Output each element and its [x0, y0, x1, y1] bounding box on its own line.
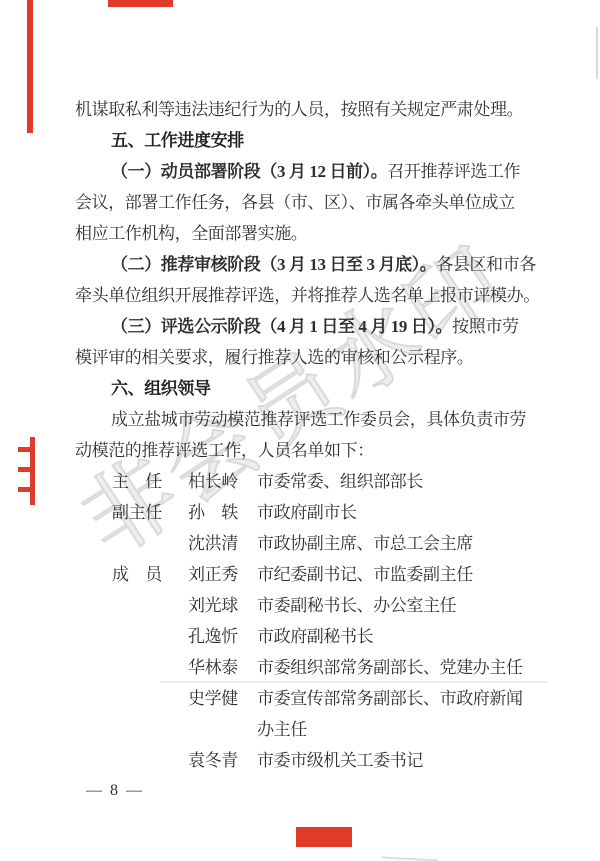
stage-1-line-1: （一）动员部署阶段（3 月 12 日前）。召开推荐评选工作: [75, 156, 535, 187]
red-watermark-fragment-bottom-bar: [296, 827, 352, 847]
red-watermark-fragment-left-vertical: [30, 437, 35, 505]
roster-title: 市委组织部常务副部长、党建办主任: [257, 652, 539, 683]
stage-1-line-2: 会议，部署工作任务，各县（市、区）、市属各牵头单位成立: [75, 187, 535, 218]
roster-row: 史学健 市委宣传部常务副部长、市政府新闻办主任: [75, 683, 535, 745]
roster-name: 史学健: [188, 683, 257, 714]
red-watermark-fragment-left-tick: [18, 467, 30, 472]
stage-3-line-1: （三）评选公示阶段（4 月 1 日至 4 月 19 日）。按照市劳: [75, 311, 535, 342]
roster-title: 市委宣传部常务副部长、市政府新闻办主任: [257, 683, 539, 745]
red-watermark-fragment-left-tick: [18, 487, 30, 492]
stage-2-line-1: （二）推荐审核阶段（3 月 13 日至 3 月底）。各县区和市各: [75, 249, 535, 280]
section-heading-6: 六、组织领导: [75, 373, 535, 404]
roster-row: 副主任 孙 轶 市政府副市长: [75, 497, 535, 528]
red-watermark-fragment-top-horizontal: [108, 0, 173, 7]
roster-role: 主 任: [112, 466, 188, 497]
roster-title: 市委市级机关工委书记: [257, 745, 539, 776]
paragraph-6-line-2: 动模范的推荐评选工作，人员名单如下：: [75, 435, 535, 466]
committee-roster: 主 任 柏长岭 市委常委、组织部部长 副主任 孙 轶 市政府副市长 沈洪清 市政…: [75, 466, 535, 776]
roster-name: 柏长岭: [188, 466, 257, 497]
scan-artifact-bottom-line: [382, 857, 438, 861]
stage-1-line-3: 相应工作机构，全面部署实施。: [75, 218, 535, 249]
stage-2-text: 各县区和市各: [436, 255, 536, 274]
roster-name: 袁冬青: [188, 745, 257, 776]
stage-2-title: （二）推荐审核阶段（3 月 13 日至 3 月底）。: [111, 255, 436, 274]
roster-role: 成 员: [112, 559, 188, 590]
roster-name: 华林泰: [188, 652, 257, 683]
roster-name: 刘正秀: [188, 559, 257, 590]
roster-row: 主 任 柏长岭 市委常委、组织部部长: [75, 466, 535, 497]
roster-row: 华林泰 市委组织部常务副部长、党建办主任: [75, 652, 535, 683]
stage-3-text: 按照市劳: [452, 317, 518, 336]
roster-title: 市政府副市长: [257, 497, 539, 528]
roster-row: 刘光球 市委副秘书长、办公室主任: [75, 590, 535, 621]
section-heading-5: 五、工作进度安排: [75, 125, 535, 156]
paragraph-6-line-1: 成立盐城市劳动模范推荐评选工作委员会，具体负责市劳: [75, 404, 535, 435]
roster-title: 市委副秘书长、办公室主任: [257, 590, 539, 621]
red-watermark-fragment-left-tick: [18, 447, 30, 452]
roster-row: 成 员 刘正秀 市纪委副书记、市监委副主任: [75, 559, 535, 590]
stage-1-text: 召开推荐评选工作: [387, 162, 520, 181]
document-body: 机谋取私利等违法违纪行为的人员，按照有关规定严肃处理。 五、工作进度安排 （一）…: [75, 94, 535, 776]
roster-row: 袁冬青 市委市级机关工委书记: [75, 745, 535, 776]
roster-role: 副主任: [112, 497, 188, 528]
document-page: 非会员水印 机谋取私利等违法违纪行为的人员，按照有关规定严肃处理。 五、工作进度…: [0, 0, 600, 861]
stage-3-line-2: 模评审的相关要求，履行推荐人选的审核和公示程序。: [75, 342, 535, 373]
roster-name: 刘光球: [188, 590, 257, 621]
roster-name: 沈洪清: [188, 528, 257, 559]
stage-1-title: （一）动员部署阶段（3 月 12 日前）。: [111, 162, 387, 181]
roster-row: 孔逸忻 市政府副秘书长: [75, 621, 535, 652]
roster-title: 市委常委、组织部部长: [257, 466, 539, 497]
stage-3-title: （三）评选公示阶段（4 月 1 日至 4 月 19 日）。: [111, 317, 452, 336]
page-number: — 8 —: [86, 782, 144, 800]
roster-title: 市政府副秘书长: [257, 621, 539, 652]
roster-name: 孙 轶: [188, 497, 257, 528]
roster-row: 沈洪清 市政协副主席、市总工会主席: [75, 528, 535, 559]
scan-artifact-right-edge: [596, 27, 598, 79]
red-watermark-fragment-top-vertical: [27, 0, 33, 133]
roster-title: 市政协副主席、市总工会主席: [257, 528, 539, 559]
paragraph-continuation-line: 机谋取私利等违法违纪行为的人员，按照有关规定严肃处理。: [75, 94, 535, 125]
roster-title: 市纪委副书记、市监委副主任: [257, 559, 539, 590]
stage-2-line-2: 牵头单位组织开展推荐评选，并将推荐人选名单上报市评模办。: [75, 280, 535, 311]
roster-name: 孔逸忻: [188, 621, 257, 652]
